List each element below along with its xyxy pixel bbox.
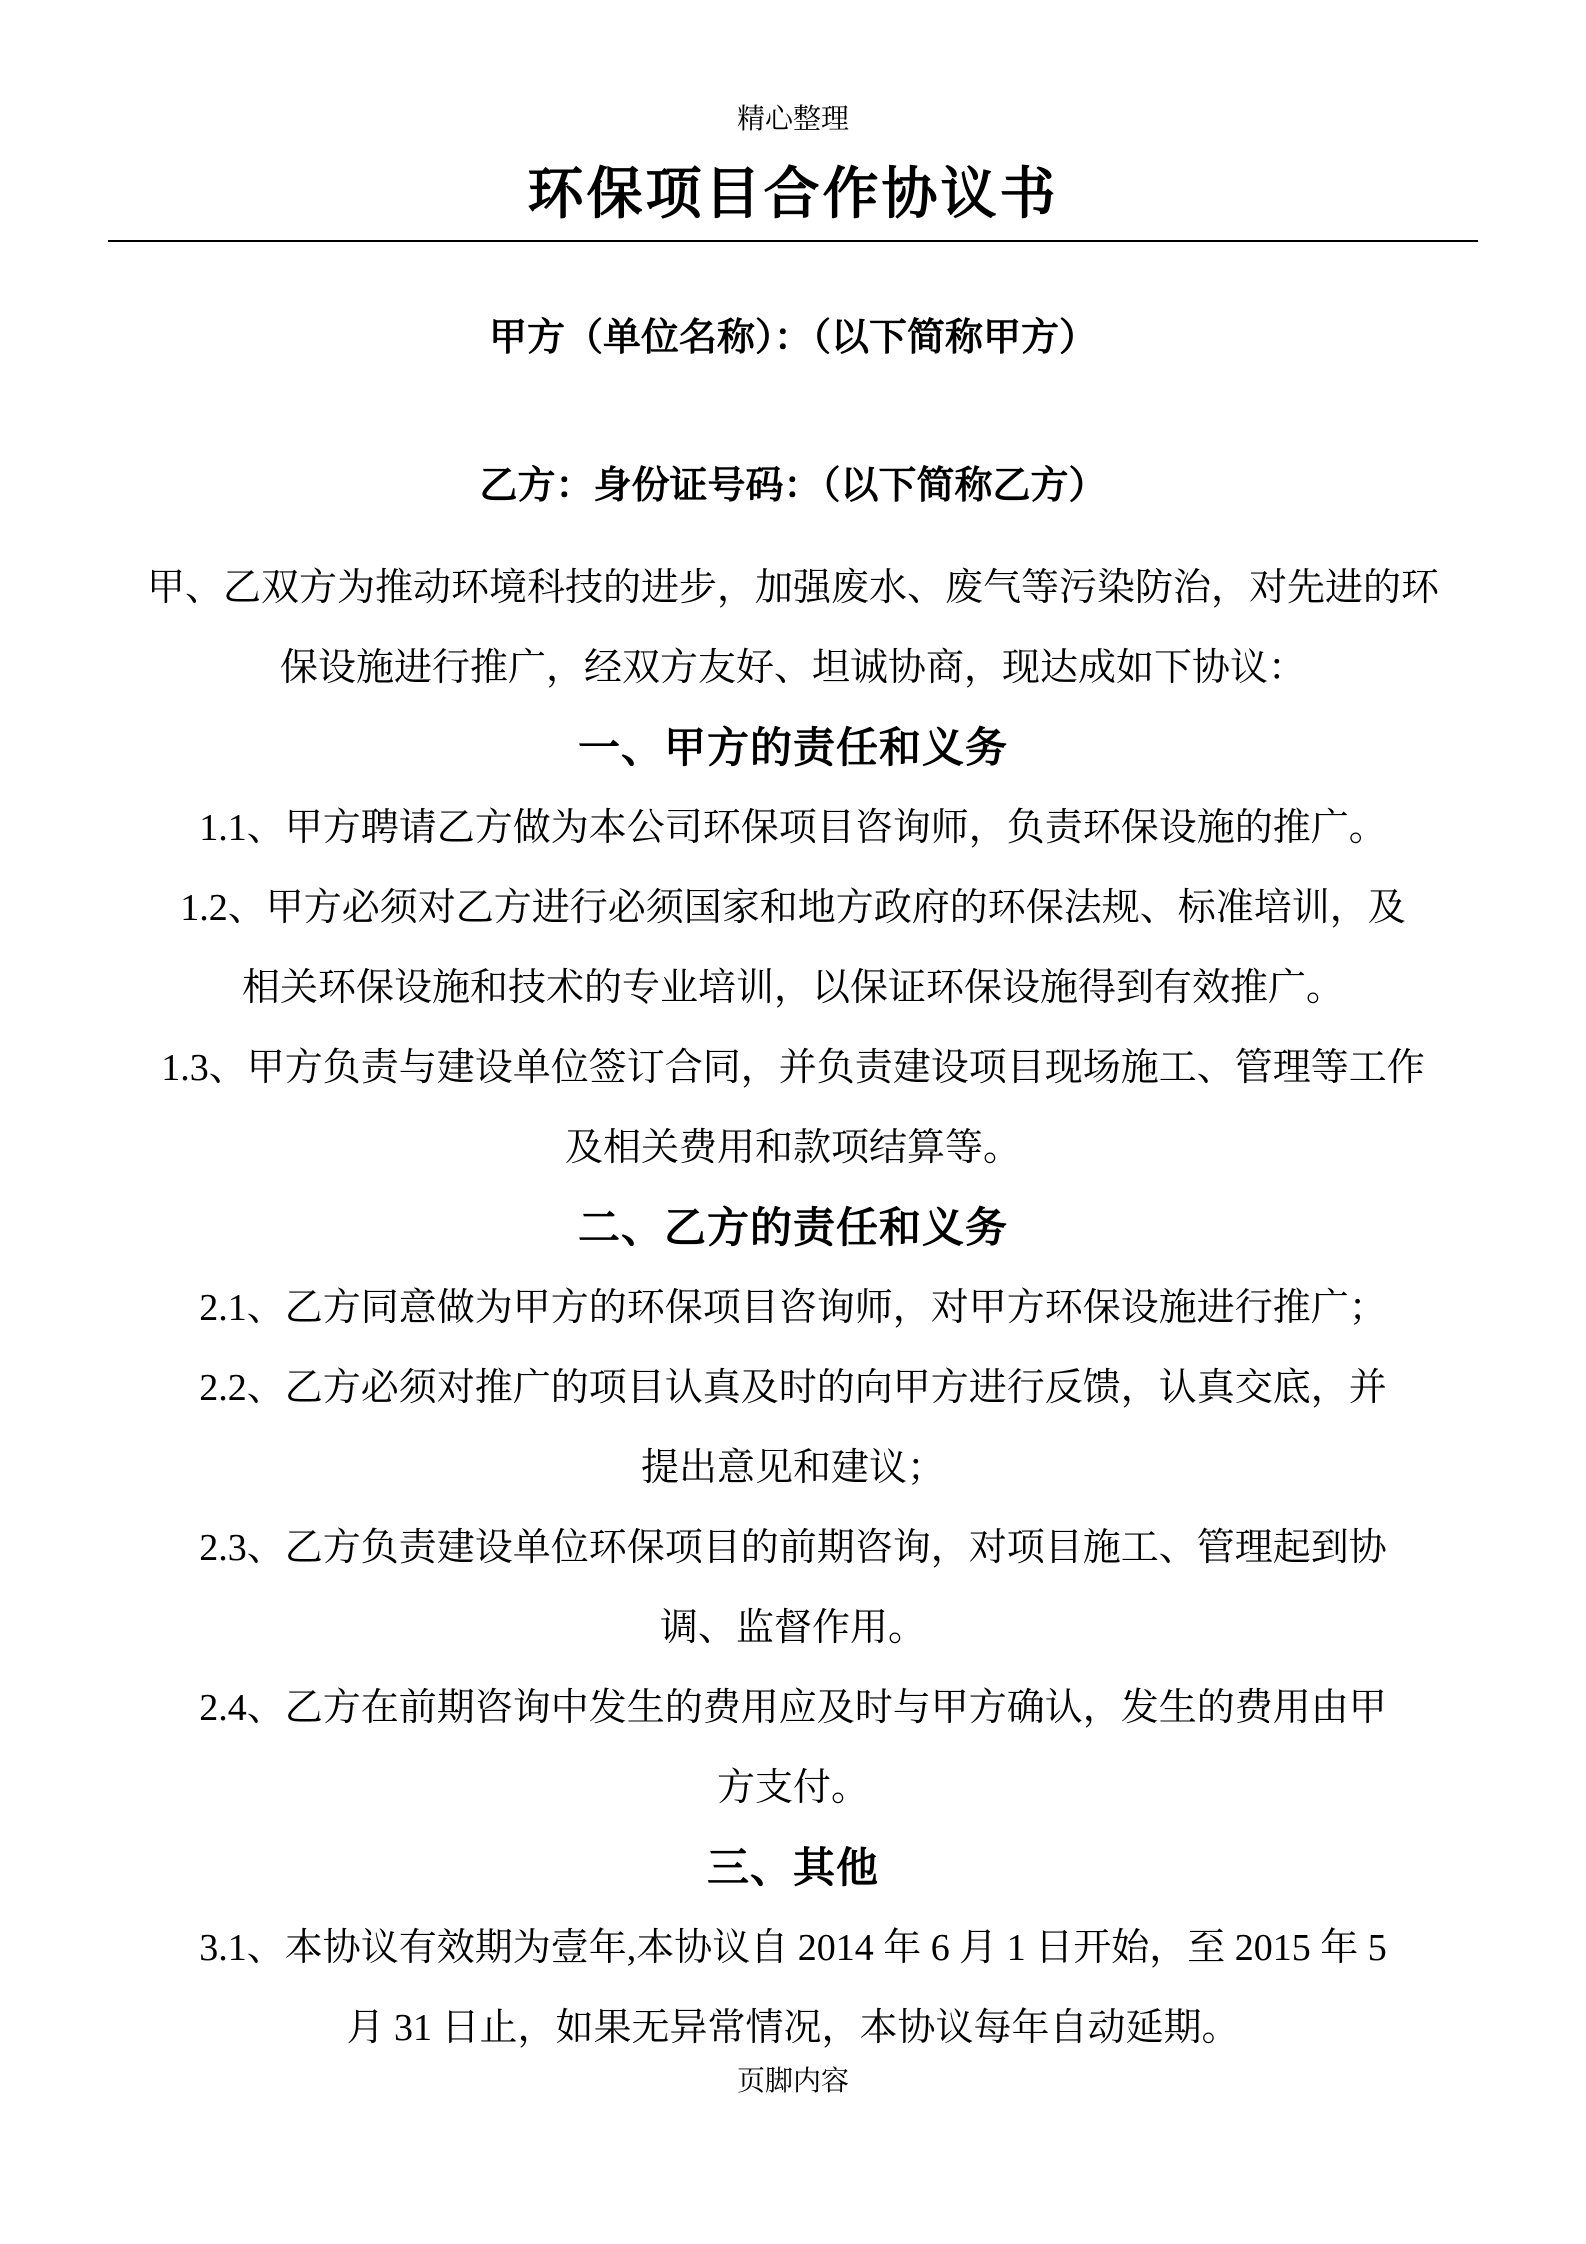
clause-2-3: 2.3、乙方负责建设单位环保项目的前期咨询，对项目施工、管理起到协 调、监督作用… [128,1508,1458,1668]
clause-2-2: 2.2、乙方必须对推广的项目认真及时的向甲方进行反馈，认真交底，并 提出意见和建… [128,1348,1458,1508]
title-underline-rule [108,240,1478,242]
party-a-line: 甲方（单位名称）：（以下简称甲方） [128,298,1458,378]
party-b-line: 乙方：身份证号码：（以下简称乙方） [128,446,1458,526]
section-1-heading: 一、甲方的责任和义务 [128,708,1458,788]
clause-1-1: 1.1、甲方聘请乙方做为本公司环保项目咨询师，负责环保设施的推广。 [128,788,1458,868]
page-footer: 页脚内容 [128,2062,1458,2102]
clause-1-3: 1.3、甲方负责与建设单位签订合同，并负责建设项目现场施工、管理等工作 及相关费… [128,1028,1458,1188]
header-note: 精心整理 [0,100,1586,140]
document-body: 甲方（单位名称）：（以下简称甲方） 乙方：身份证号码：（以下简称乙方） 甲、乙双… [128,298,1458,2102]
section-2-heading: 二、乙方的责任和义务 [128,1188,1458,1268]
page-title: 环保项目合作协议书 [0,156,1586,232]
preamble-paragraph: 甲、乙双方为推动环境科技的进步，加强废水、废气等污染防治，对先进的环 保设施进行… [128,548,1458,708]
section-3-heading: 三、其他 [128,1828,1458,1908]
clause-3-1: 3.1、本协议有效期为壹年,本协议自 2014 年 6 月 1 日开始，至 20… [128,1908,1458,2068]
clause-2-4: 2.4、乙方在前期咨询中发生的费用应及时与甲方确认，发生的费用由甲 方支付。 [128,1668,1458,1828]
clause-1-2: 1.2、甲方必须对乙方进行必须国家和地方政府的环保法规、标准培训，及 相关环保设… [128,868,1458,1028]
clause-2-1: 2.1、乙方同意做为甲方的环保项目咨询师，对甲方环保设施进行推广； [128,1268,1458,1348]
document-page: 精心整理 环保项目合作协议书 甲方（单位名称）：（以下简称甲方） 乙方：身份证号… [0,0,1586,2244]
